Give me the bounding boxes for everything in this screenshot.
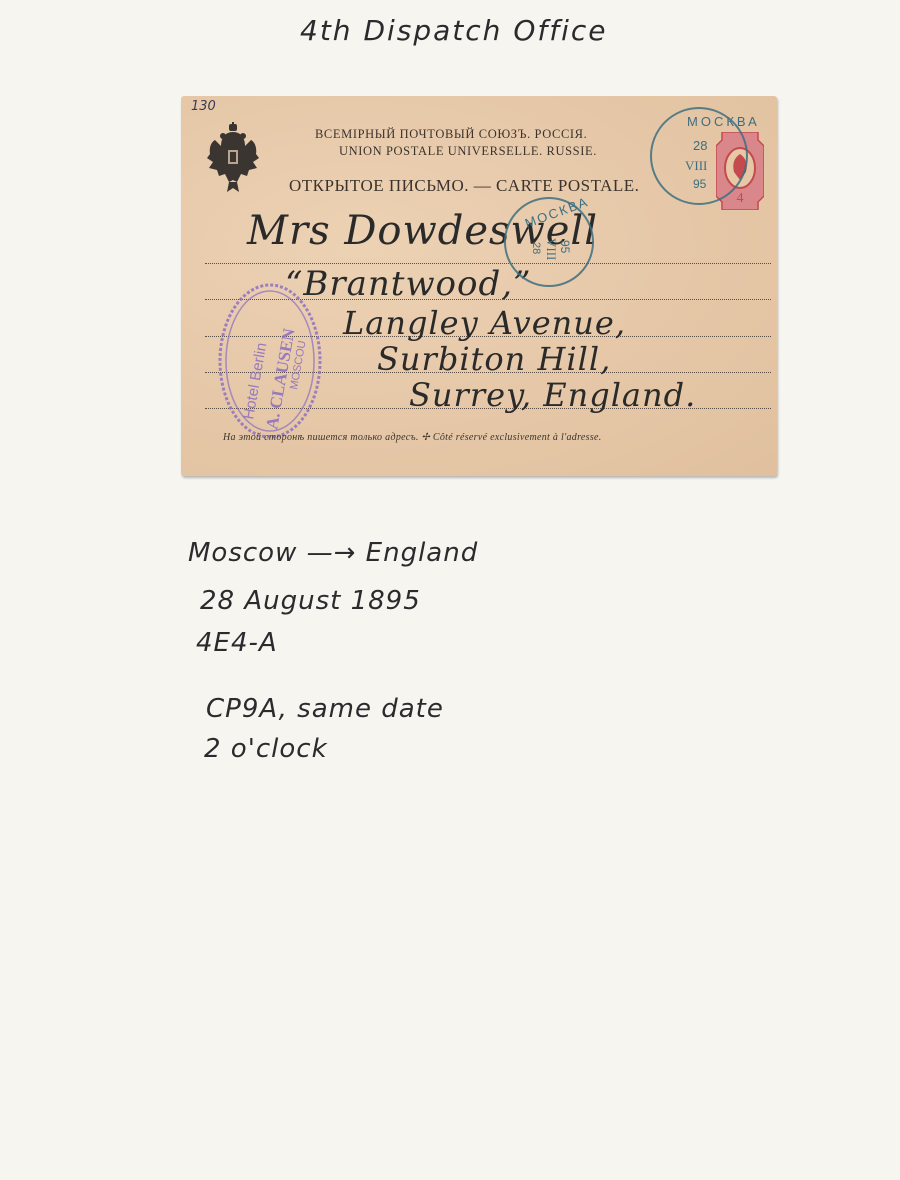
svg-text:VIII: VIII <box>544 238 559 260</box>
printed-footer-note: На этой сторонѣ пишется только адресъ. ✢… <box>223 432 602 443</box>
printed-header-french: UNION POSTALE UNIVERSELLE. RUSSIE. <box>339 144 597 159</box>
svg-text:МОСКВА: МОСКВА <box>687 114 760 129</box>
address-line-house: “Brantwood,” <box>285 264 531 304</box>
note-comparison: CP9A, same date <box>206 694 444 724</box>
note-time: 2 o'clock <box>204 734 328 764</box>
hotel-cachet-icon: Hotel Berlin A. CLAUSEN MOSCOU <box>215 280 325 442</box>
svg-text:28: 28 <box>530 242 542 254</box>
address-line-street: Langley Avenue, <box>343 304 626 342</box>
printed-header-russian: ВСЕМIРНЫЙ ПОЧТОВЫЙ СОЮЗЪ. РОССIЯ. <box>315 127 587 142</box>
postmark-stamp-icon: МОСКВА 28 VIII 95 <box>639 100 769 212</box>
postcard: 130 ВСЕМIРНЫЙ ПОЧТОВЫЙ СОЮЗЪ. РОССIЯ. UN… <box>181 96 777 476</box>
postmark-address-icon: МОСКВА 95 VIII 28 <box>497 190 601 294</box>
svg-text:VIII: VIII <box>685 158 707 173</box>
page-heading: 4th Dispatch Office <box>300 14 607 47</box>
address-line-district: Surbiton Hill, <box>377 340 611 378</box>
address-line-county-country: Surrey, England. <box>409 376 696 414</box>
inventory-number: 130 <box>191 99 216 114</box>
note-date: 28 August 1895 <box>200 586 421 616</box>
note-type-code: 4E4-A <box>196 628 278 658</box>
coat-of-arms-icon <box>205 122 261 198</box>
svg-text:28: 28 <box>693 138 707 153</box>
svg-text:95: 95 <box>558 240 572 254</box>
svg-text:95: 95 <box>693 177 707 191</box>
note-route: Moscow —→ England <box>188 538 478 568</box>
